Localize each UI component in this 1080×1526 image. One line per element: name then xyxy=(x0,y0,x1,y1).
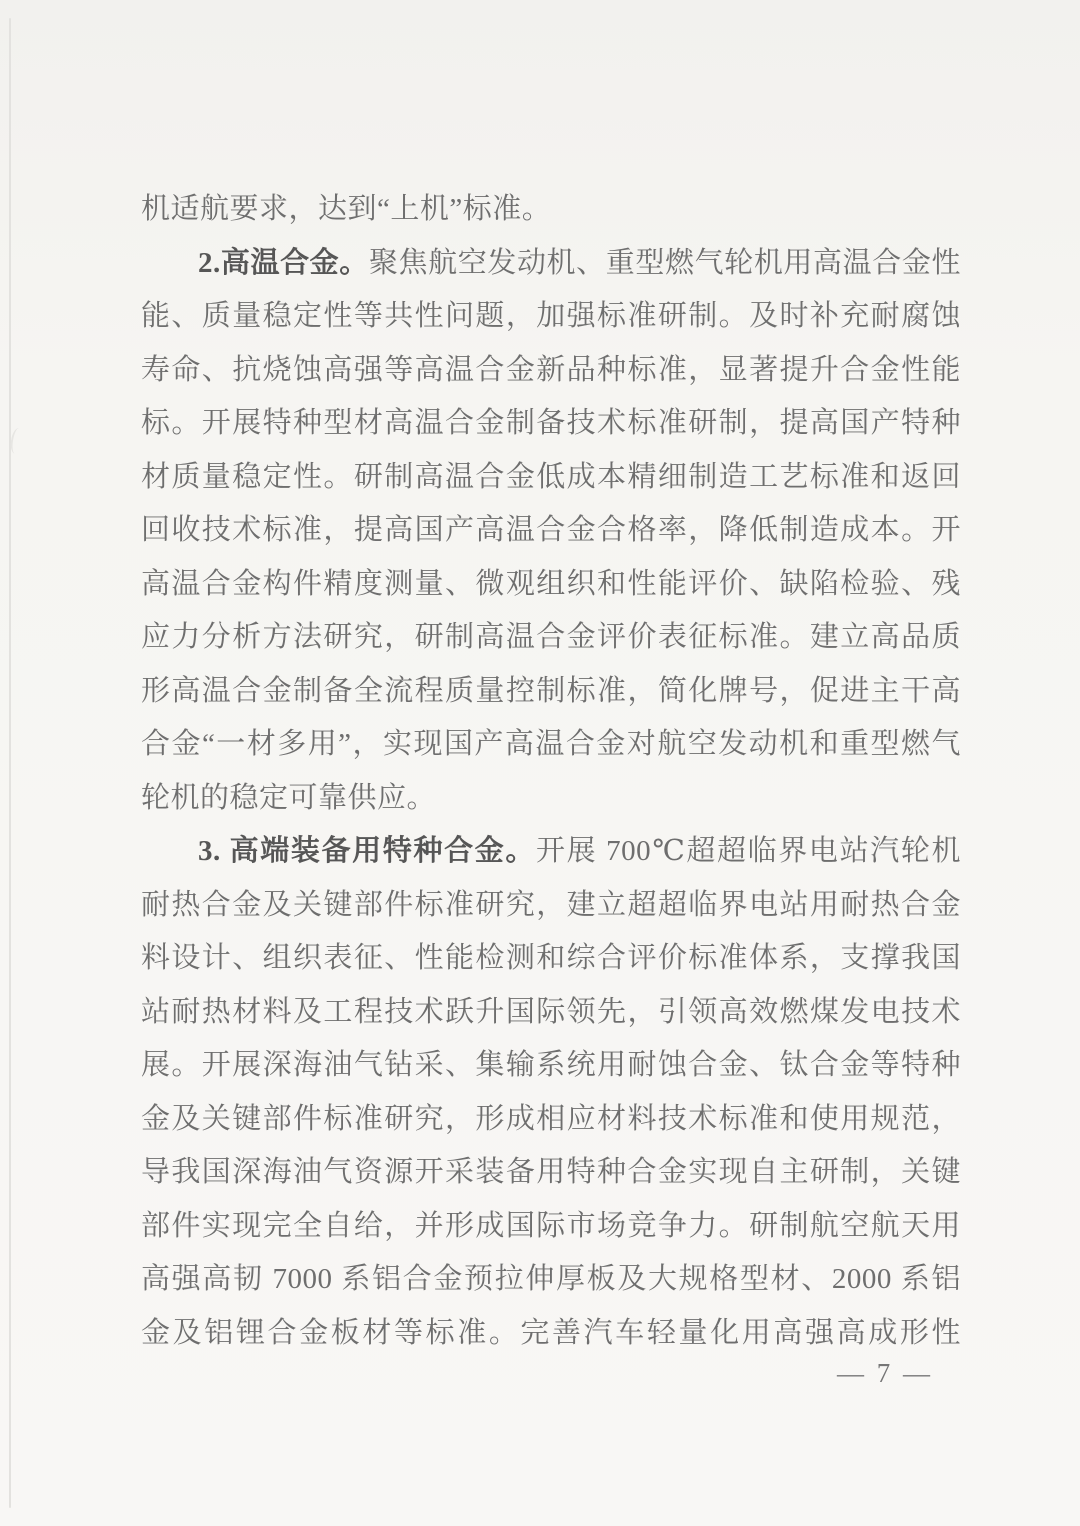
text-line: 耐热合金及关键部件标准研究，建立超超临界电站用耐热合金材 xyxy=(141,879,961,933)
document-body: 机适航要求，达到“上机”标准。2.高温合金。聚焦航空发动机、重型燃气轮机用高温合… xyxy=(141,183,961,1360)
text-line: 金及关键部件标准研究，形成相应材料技术标准和使用规范，指 xyxy=(141,1093,961,1147)
text-line: 标。开展特种型材高温合金制备技术标准研制，提高国产特种型 xyxy=(141,397,961,451)
text-line: 金及铝锂合金板材等标准。完善汽车轻量化用高强高成形性 6000 xyxy=(141,1307,961,1361)
text-line: 回收技术标准，提高国产高温合金合格率，降低制造成本。开展 xyxy=(141,504,961,558)
text-line: 应力分析方法研究，研制高温合金评价表征标准。建立高品质变 xyxy=(141,611,961,665)
text-line: 形高温合金制备全流程质量控制标准，简化牌号，促进主干高温 xyxy=(141,665,961,719)
text-line: 2.高温合金。聚焦航空发动机、重型燃气轮机用高温合金性 xyxy=(141,237,961,291)
text-line: 机适航要求，达到“上机”标准。 xyxy=(141,183,961,237)
text-line: 3. 高端装备用特种合金。开展 700℃超超临界电站汽轮机用 xyxy=(141,825,961,879)
text-line: 展。开展深海油气钻采、集输系统用耐蚀合金、钛合金等特种合 xyxy=(141,1039,961,1093)
paragraph-heading: 3. 高端装备用特种合金。 xyxy=(198,835,536,867)
text-line: 材质量稳定性。研制高温合金低成本精细制造工艺标准和返回料 xyxy=(141,451,961,505)
text-line: 能、质量稳定性等共性问题，加强标准研制。及时补充耐腐蚀长 xyxy=(141,290,961,344)
text-line: 合金“一材多用”，实现国产高温合金对航空发动机和重型燃气 xyxy=(141,718,961,772)
text-line: 高强高韧 7000 系铝合金预拉伸厚板及大规格型材、2000 系铝合 xyxy=(141,1253,961,1307)
scan-edge-artifact xyxy=(9,18,11,1508)
text-line: 导我国深海油气资源开采装备用特种合金实现自主研制，关键零 xyxy=(141,1146,961,1200)
document-page: 机适航要求，达到“上机”标准。2.高温合金。聚焦航空发动机、重型燃气轮机用高温合… xyxy=(0,0,1080,1526)
paragraph-heading: 2.高温合金。 xyxy=(198,247,369,279)
text-line: 料设计、组织表征、性能检测和综合评价标准体系，支撑我国电 xyxy=(141,932,961,986)
text-line: 站耐热材料及工程技术跃升国际领先，引领高效燃煤发电技术发 xyxy=(141,986,961,1040)
text-line: 部件实现完全自给，并形成国际市场竞争力。研制航空航天用超 xyxy=(141,1200,961,1254)
page-number: — 7 — xyxy=(830,1358,940,1389)
text-line: 寿命、抗烧蚀高强等高温合金新品种标准，显著提升合金性能指 xyxy=(141,344,961,398)
scan-scratch-artifact xyxy=(9,427,25,455)
text-line: 轮机的稳定可靠供应。 xyxy=(141,772,961,826)
text-line: 高温合金构件精度测量、微观组织和性能评价、缺陷检验、残余 xyxy=(141,558,961,612)
